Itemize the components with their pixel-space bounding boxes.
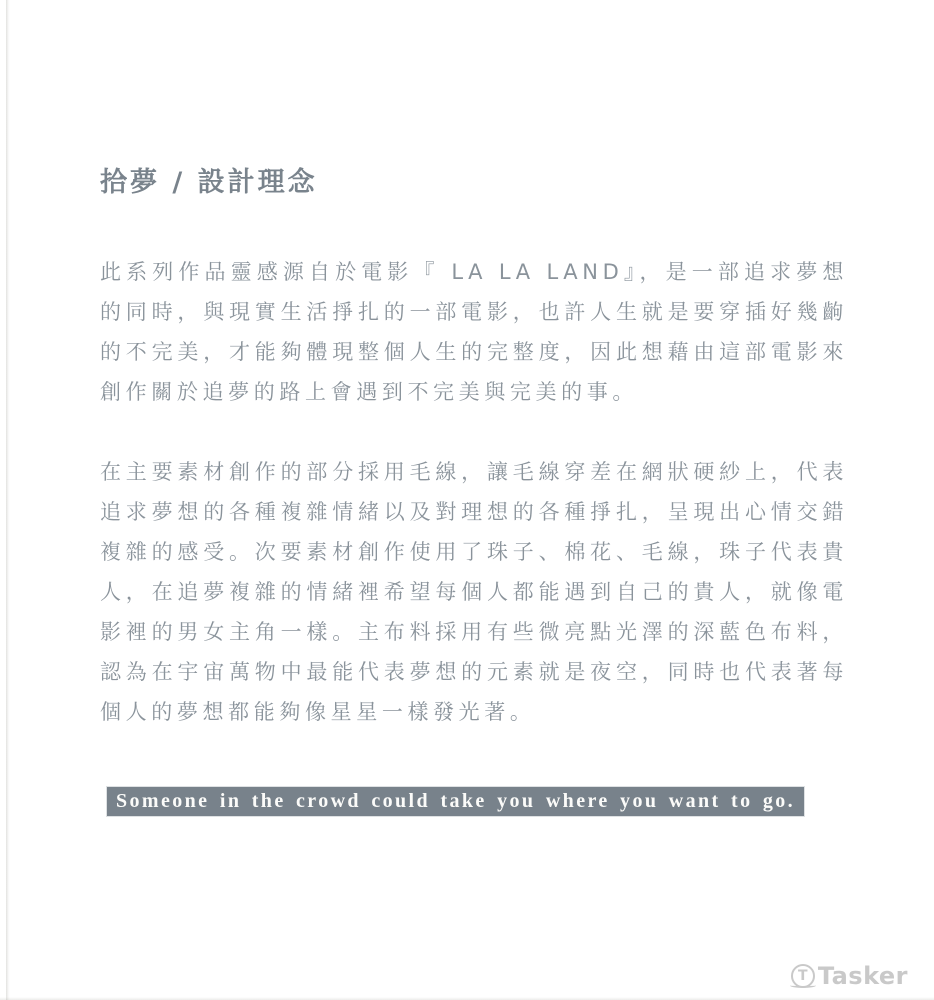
- tasker-brand-text: Tasker: [818, 962, 908, 990]
- design-concept-paragraph-1: 此系列作品靈感源自於電影『 LA LA LAND』，是一部追求夢想的同時，與現實…: [100, 252, 848, 412]
- design-concept-paragraph-2: 在主要素材創作的部分採用毛線，讓毛線穿差在網狀硬紗上，代表追求夢想的各種複雜情緒…: [100, 452, 848, 732]
- paragraph-line: 的不完美，才能夠體現整個人生的完整度，因此想藉由這部電影來: [100, 332, 848, 372]
- paragraph-line: 追求夢想的各種複雜情緒以及對理想的各種掙扎，呈現出心情交錯: [100, 492, 848, 532]
- paragraph-line: 人，在追夢複雜的情緒裡希望每個人都能遇到自己的貴人，就像電: [100, 572, 848, 612]
- paragraph-line: 複雜的感受。次要素材創作使用了珠子、棉花、毛線，珠子代表貴: [100, 532, 848, 572]
- document-page: 拾夢 / 設計理念 此系列作品靈感源自於電影『 LA LA LAND』，是一部追…: [0, 0, 934, 1000]
- paragraph-line: 影裡的男女主角一樣。主布料採用有些微亮點光澤的深藍色布料，: [100, 612, 848, 652]
- paragraph-line: 在主要素材創作的部分採用毛線，讓毛線穿差在網狀硬紗上，代表: [100, 452, 848, 492]
- paragraph-line: 此系列作品靈感源自於電影『 LA LA LAND』，是一部追求夢想: [100, 252, 848, 292]
- movie-quote-highlight-bar: Someone in the crowd could take you wher…: [107, 787, 804, 816]
- page-left-edge-shadow: [6, 0, 10, 1000]
- page-title: 拾夢 / 設計理念: [100, 160, 318, 199]
- paragraph-line: 個人的夢想都能夠像星星一樣發光著。: [100, 692, 848, 732]
- paragraph-line: 創作關於追夢的路上會遇到不完美與完美的事。: [100, 372, 848, 412]
- paragraph-line: 認為在宇宙萬物中最能代表夢想的元素就是夜空，同時也代表著每: [100, 652, 848, 692]
- paragraph-line: 的同時，與現實生活掙扎的一部電影，也許人生就是要穿插好幾齣: [100, 292, 848, 332]
- tasker-logo-icon: T: [791, 964, 815, 988]
- tasker-watermark: T Tasker: [791, 962, 908, 990]
